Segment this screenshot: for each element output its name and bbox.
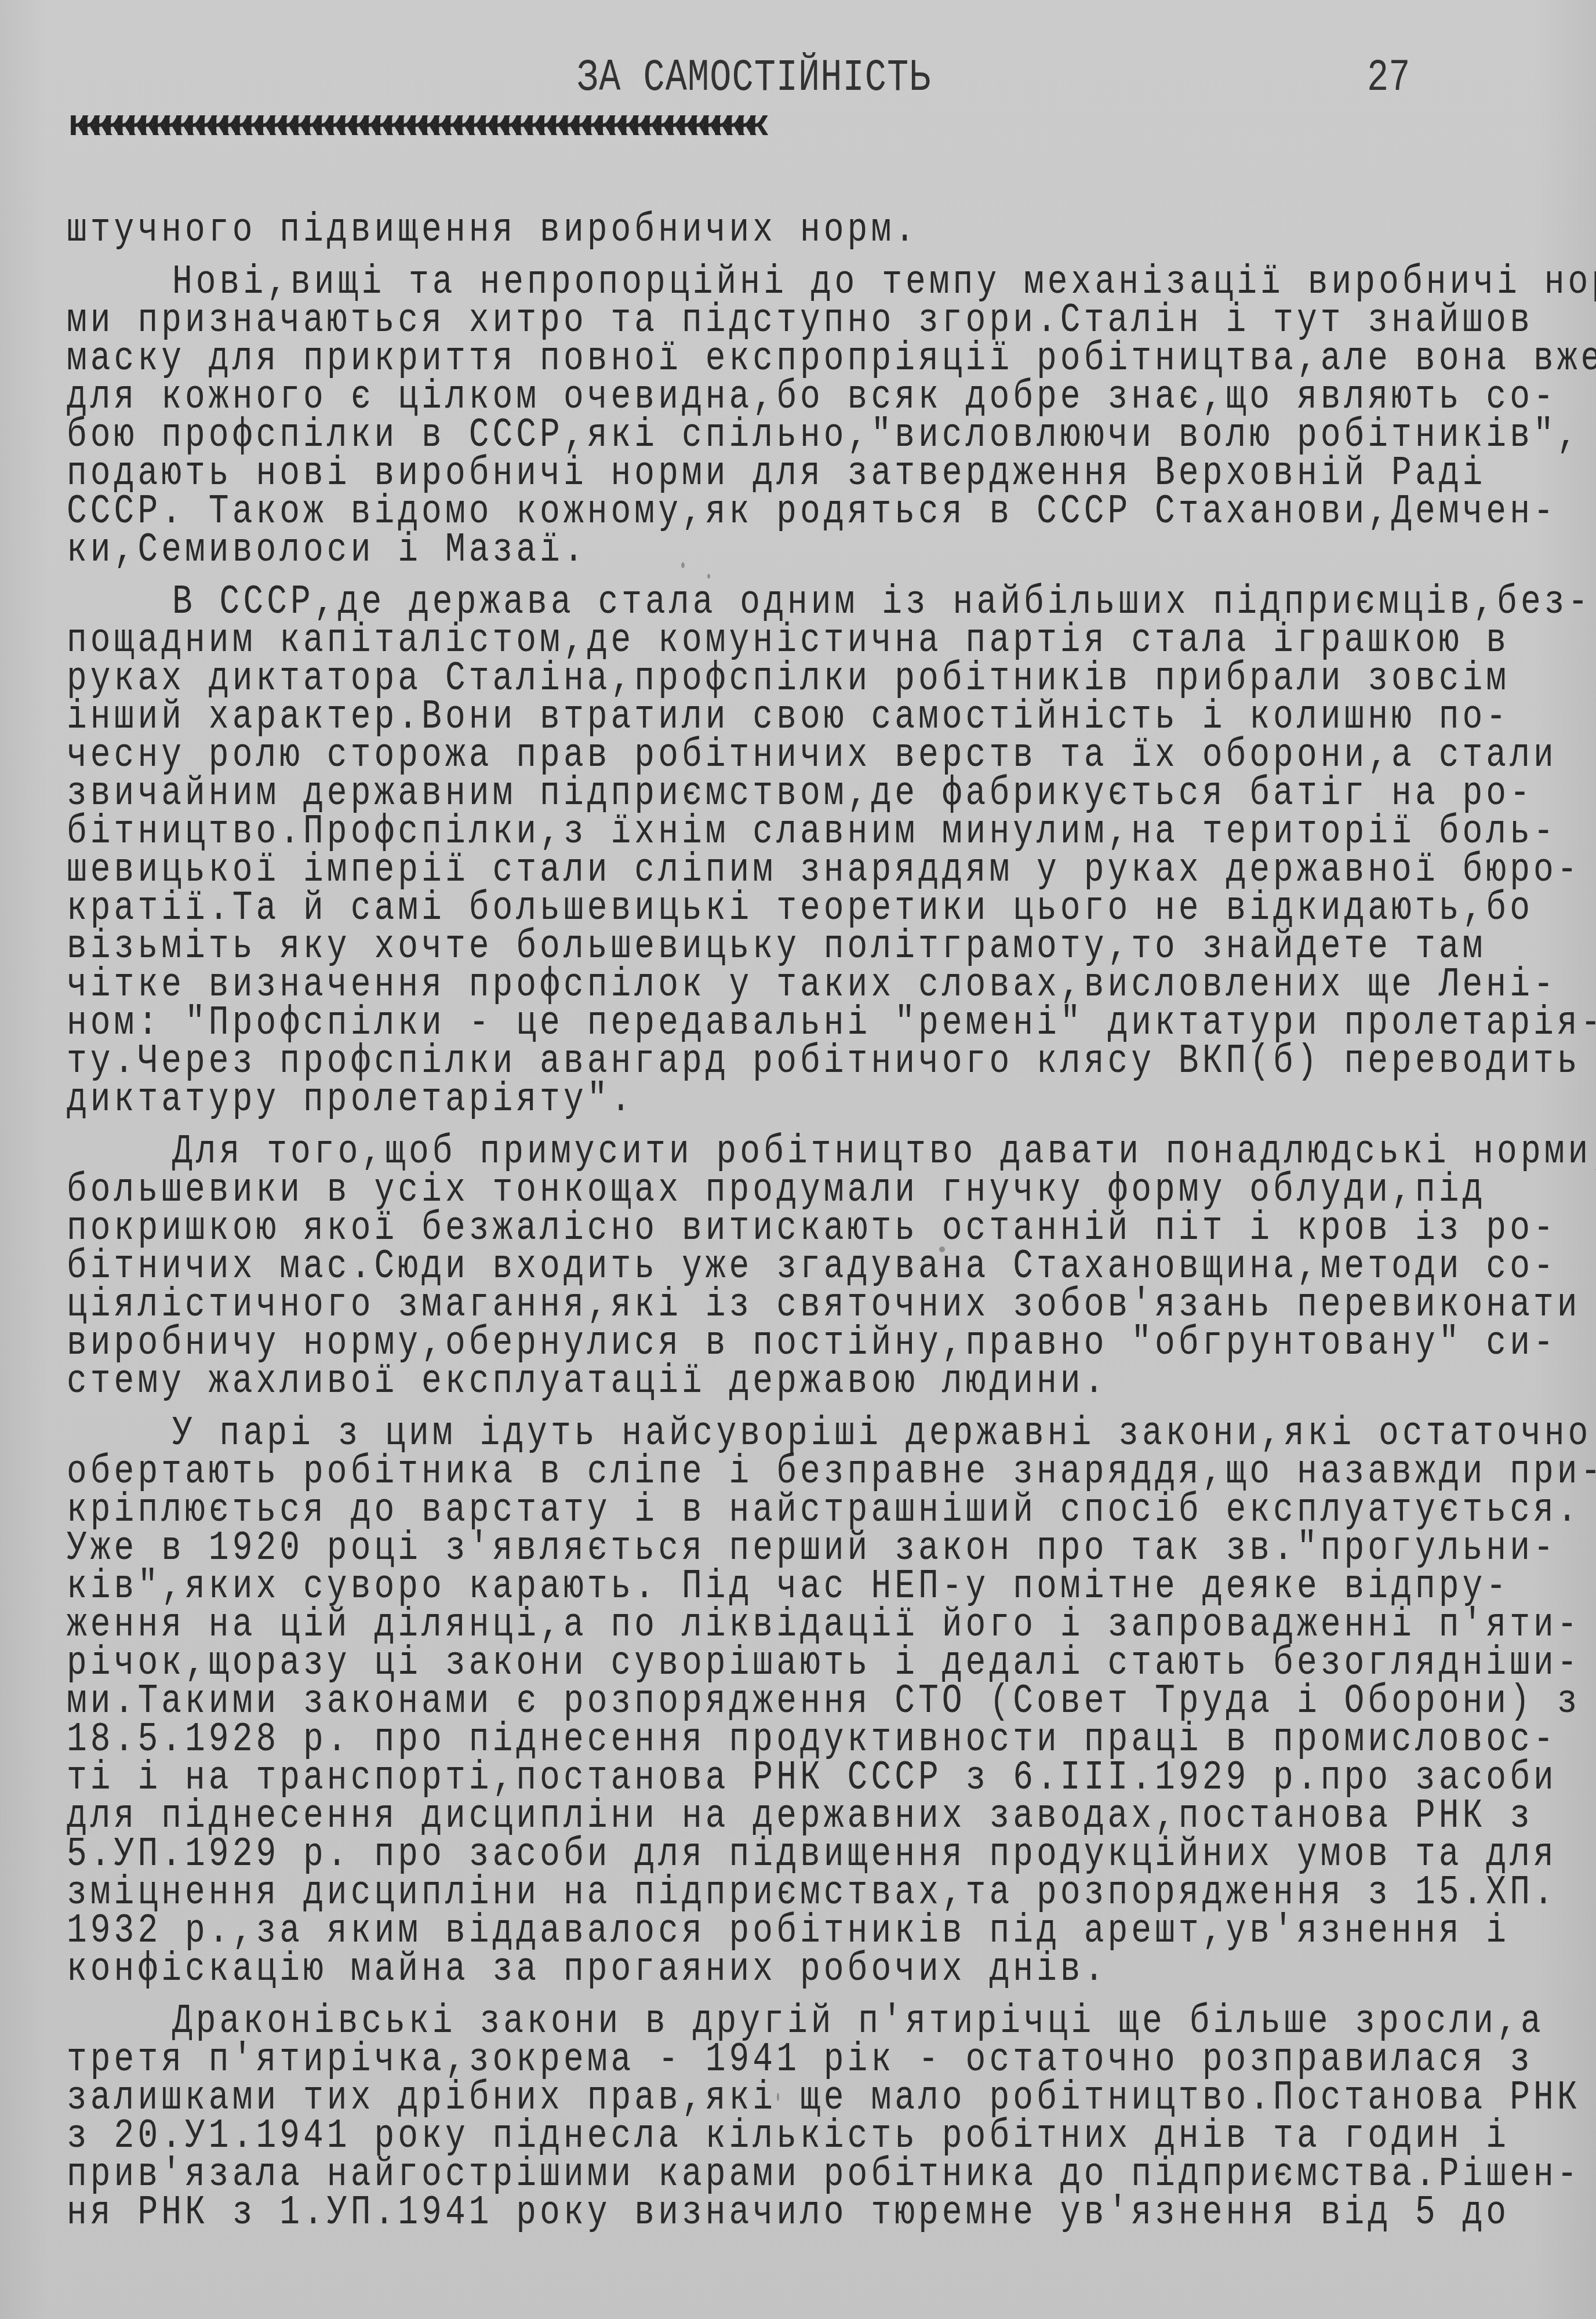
header-rule-divider: кккккккккккккккккккккккккккккккккккккккк… [68,103,1460,147]
typewritten-page: ЗА САМОСТІЙНІСТЬ 27 кккккккккккккккккккк… [0,0,1596,2319]
paper-speck [939,1246,945,1252]
text-line: диктатуру пролетаріяту". [67,1077,1528,1124]
paragraph-6: Драконівські закони в другій п'ятирічці … [67,2003,1528,2233]
paragraph-1: штучного підвищення виробничих норм. [67,212,1528,250]
text-line: штучного підвищення виробничих норм. [67,208,1528,255]
page-header: ЗА САМОСТІЙНІСТЬ 27 [0,52,1596,99]
running-title: ЗА САМОСТІЙНІСТЬ [577,52,931,104]
paragraph-4: Для того,щоб примусити робітництво дават… [67,1133,1528,1401]
paragraph-2: Нові,вищі та непропорційні до темпу меха… [67,264,1528,570]
text-line: ки,Семиволоси і Мазаї. [67,528,1528,575]
text-line: конфіскацію майна за прогаяних робочих д… [67,1947,1528,1994]
document-body: штучного підвищення виробничих норм. Нов… [67,212,1528,2247]
paragraph-3: В СССР,де держава стала одним із найбіль… [67,584,1528,1119]
text-line: ня РНК з 1.УП.1941 року визначило тюремн… [67,2190,1528,2237]
text-line: стему жахливої експлуатації державою люд… [67,1359,1528,1406]
paper-speck [1559,1461,1564,1469]
page-number: 27 [1367,52,1410,104]
paper-speck [681,562,685,568]
paper-speck [707,574,710,579]
paper-speck [777,2093,779,2101]
paragraph-5: У парі з цим ідуть найсуворіші державні … [67,1415,1528,1989]
